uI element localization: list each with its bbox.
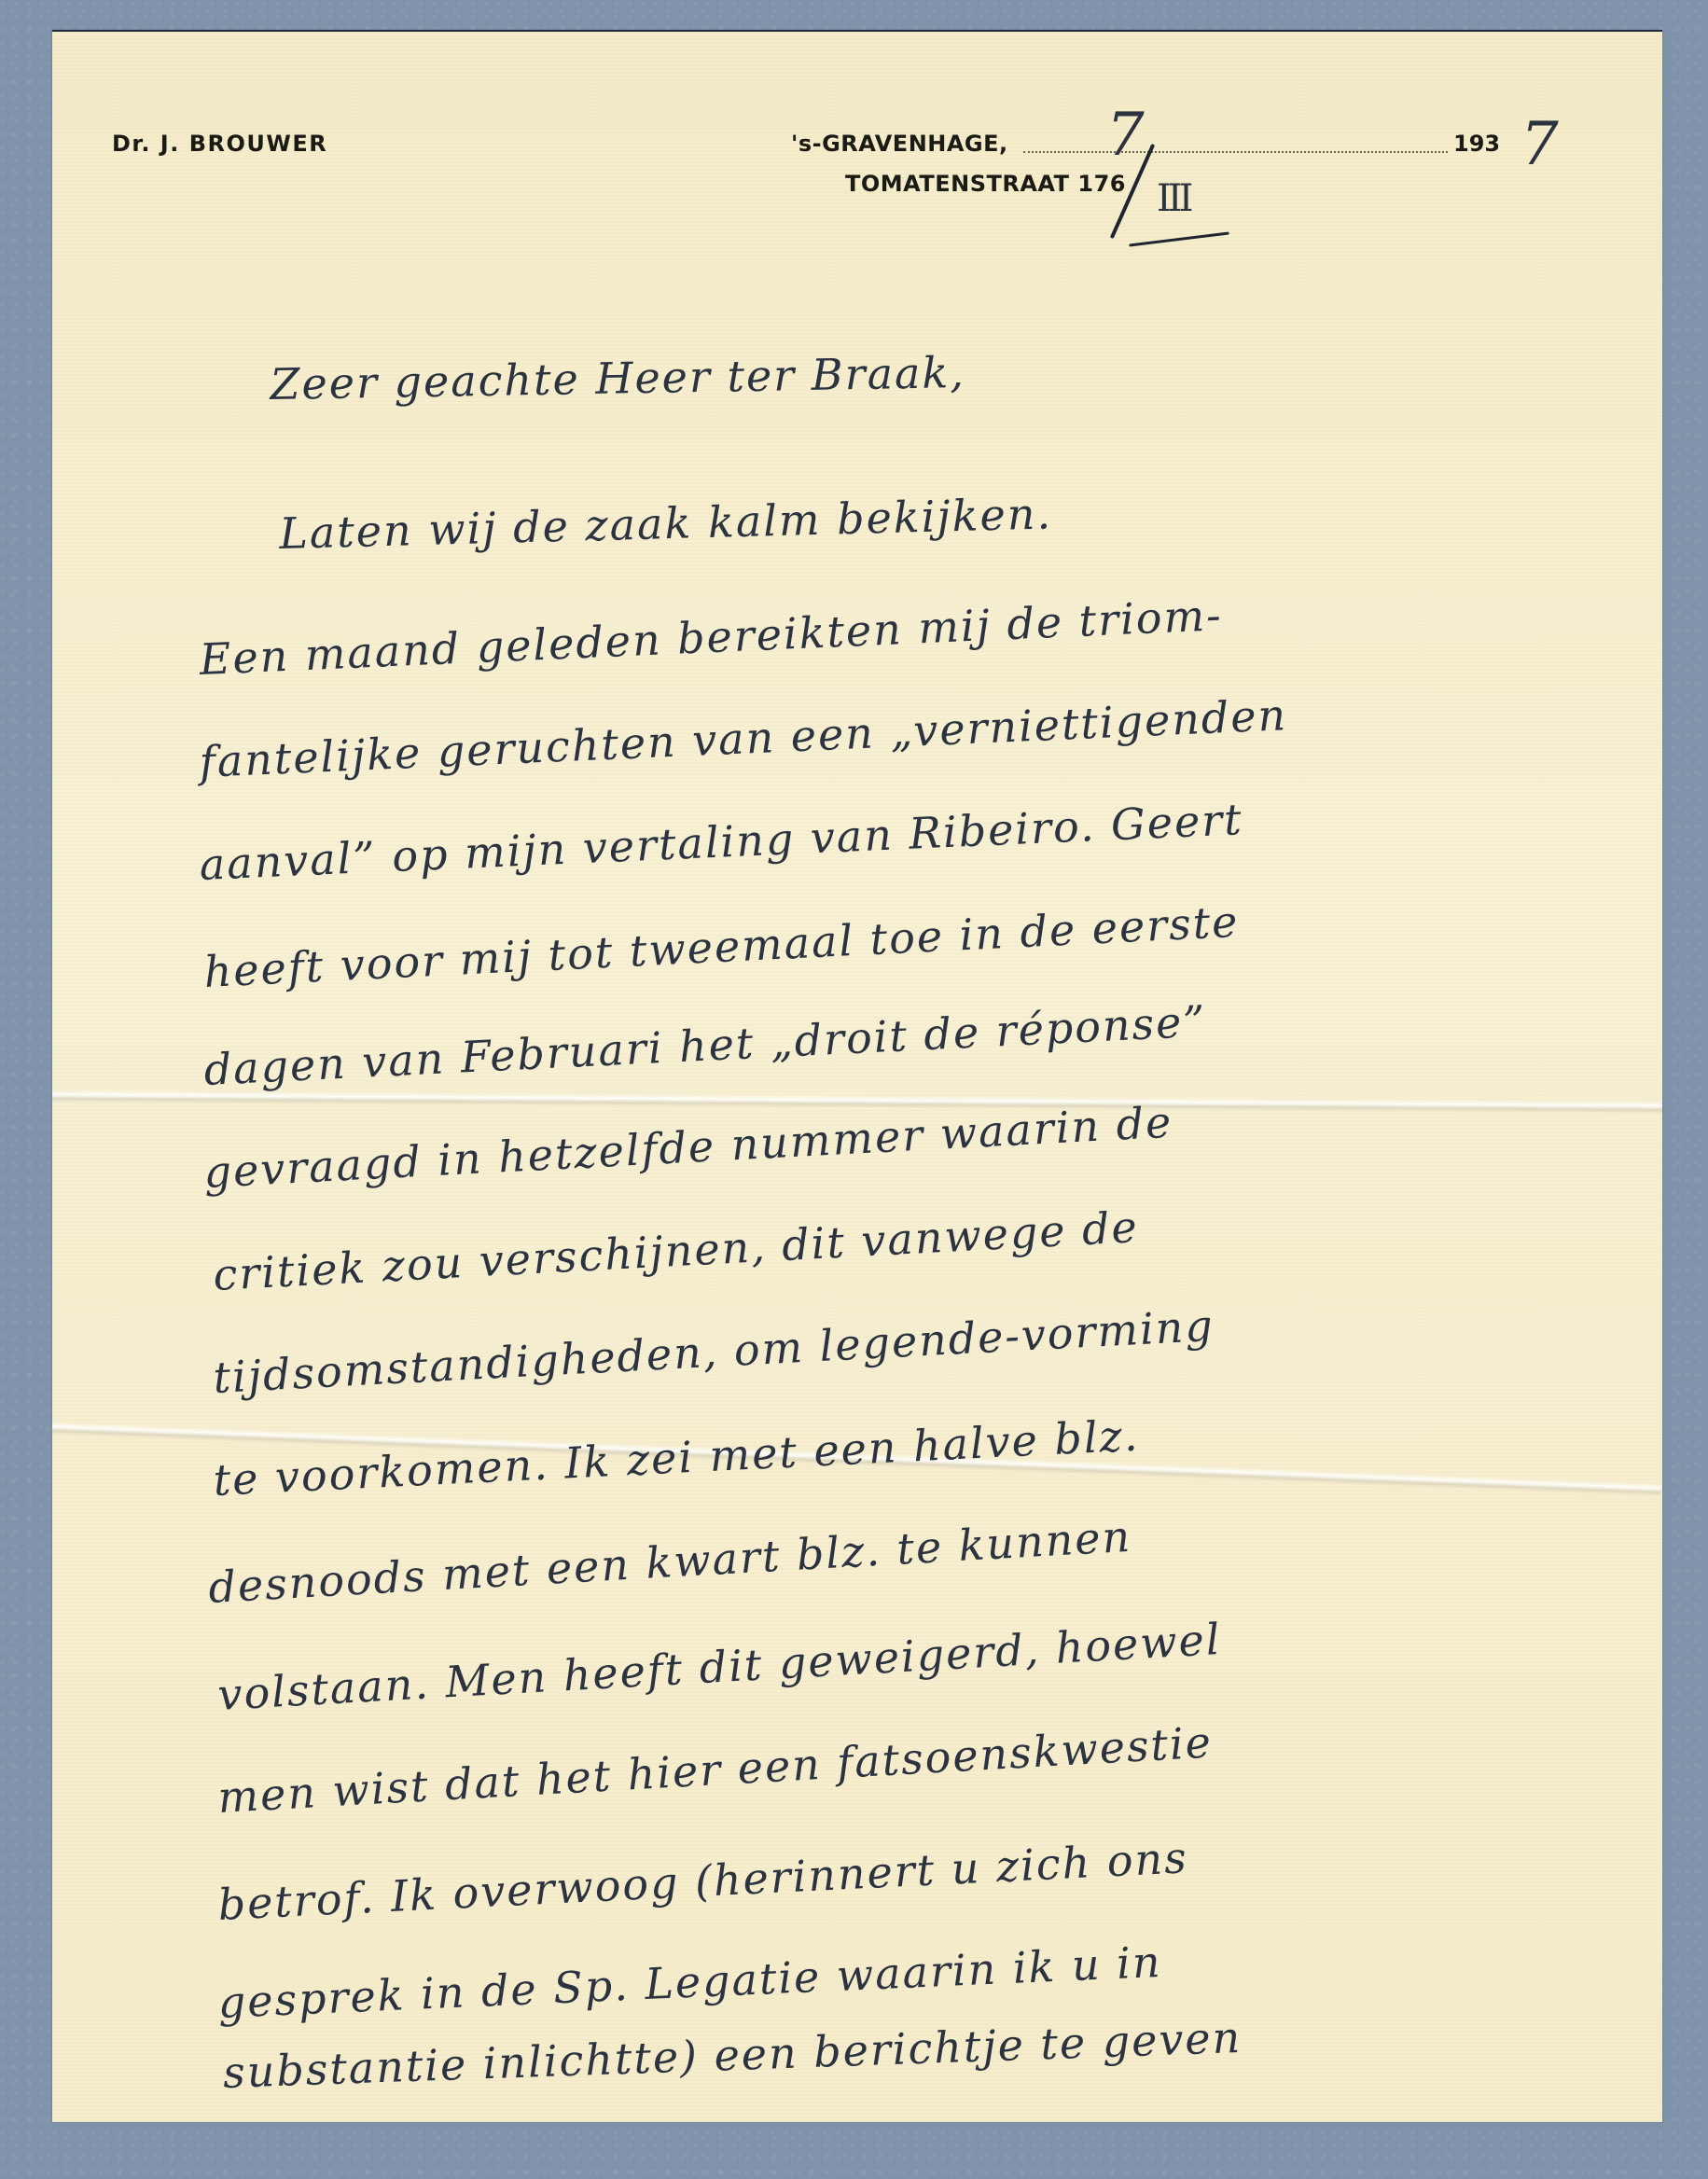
- date-day: 7: [1106, 101, 1145, 170]
- date-month: III: [1157, 177, 1189, 220]
- date-dotted-line: [1023, 151, 1448, 153]
- paper-fold: [52, 1089, 1662, 1114]
- letterhead-street: TOMATENSTRAAT 176: [845, 171, 1126, 197]
- letterhead-city: 's-GRAVENHAGE,: [791, 131, 1008, 157]
- letterhead-sender: Dr. J. BROUWER: [112, 131, 327, 157]
- date-year-digit: 7: [1521, 110, 1559, 179]
- letterhead-year-prefix: 193: [1453, 131, 1500, 157]
